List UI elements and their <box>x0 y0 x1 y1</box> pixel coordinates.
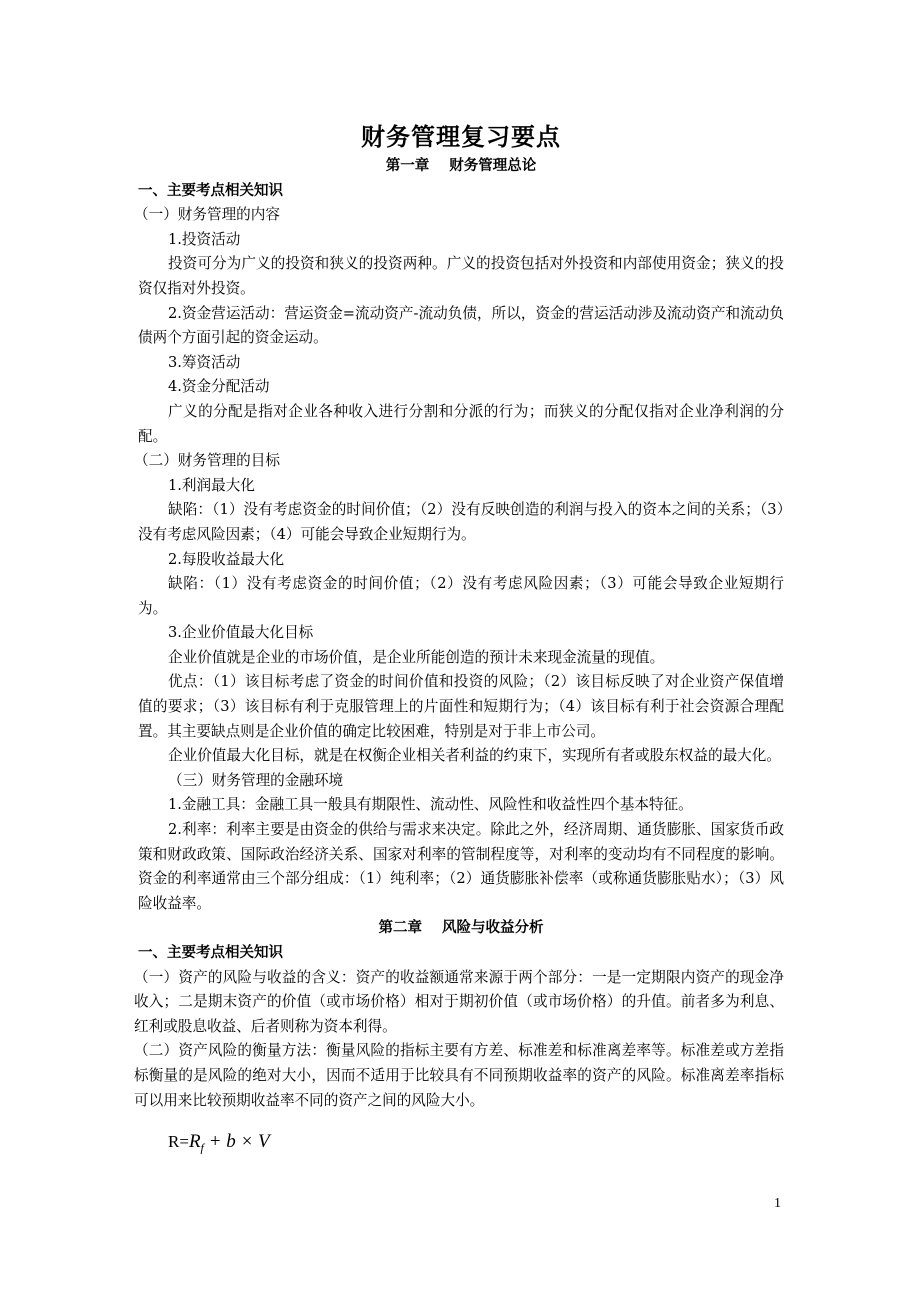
interest-rate-text: 2.利率：利率主要是由资金的供给与需求来决定。除此之外，经济周期、通货膨胀、国家… <box>138 818 784 916</box>
chapter-1-section-heading: 一、主要考点相关知识 <box>138 179 784 204</box>
document-page: 财务管理复习要点 第一章财务管理总论 一、主要考点相关知识 （一）财务管理的内容… <box>0 0 920 1302</box>
risk-return-meaning-text: （一）资产的风险与收益的含义：资产的收益额通常来源于两个部分：一是一定期限内资产… <box>134 966 784 1040</box>
formula-rest: + b × V <box>204 1131 270 1152</box>
chapter-1-title: 财务管理总论 <box>449 158 536 174</box>
chapter-2-heading: 第二章风险与收益分析 <box>138 916 784 941</box>
chapter-2-section-heading: 一、主要考点相关知识 <box>138 941 784 966</box>
page-content: 财务管理复习要点 第一章财务管理总论 一、主要考点相关知识 （一）财务管理的内容… <box>138 120 784 1163</box>
financing-activity-title: 3.筹资活动 <box>138 351 784 376</box>
part-2-heading: （二）财务管理的目标 <box>134 449 784 474</box>
value-max-definition: 企业价值就是企业的市场价值，是企业所能创造的预计未来现金流量的现值。 <box>138 646 784 671</box>
profit-max-text: 缺陷：（1）没有考虑资金的时间价值；（2）没有反映创造的利润与投入的资本之间的关… <box>138 498 784 547</box>
working-capital-text: 2.资金营运活动：营运资金=流动资产-流动负债，所以，资金的营运活动涉及流动资产… <box>138 302 784 351</box>
chapter-1-label: 第一章 <box>386 158 430 174</box>
eps-max-title: 2.每股收益最大化 <box>138 548 784 573</box>
part-3-heading: （三）财务管理的金融环境 <box>138 769 784 794</box>
value-max-title: 3.企业价值最大化目标 <box>138 621 784 646</box>
chapter-2-label: 第二章 <box>379 920 423 936</box>
investment-activity-text: 投资可分为广义的投资和狭义的投资两种。广义的投资包括对外投资和内部使用资金；狭义… <box>138 252 784 301</box>
value-max-summary: 企业价值最大化目标，就是在权衡企业相关者利益的约束下，实现所有者或股东权益的最大… <box>138 744 784 769</box>
risk-measurement-text: （二）资产风险的衡量方法：衡量风险的指标主要有方差、标准差和标准离差率等。标准差… <box>134 1039 784 1113</box>
distribution-activity-title: 4.资金分配活动 <box>138 375 784 400</box>
chapter-1-heading: 第一章财务管理总论 <box>138 154 784 179</box>
part-1-heading: （一）财务管理的内容 <box>134 203 784 228</box>
formula-lhs: R= <box>168 1132 189 1151</box>
formula-rf: R <box>189 1131 201 1152</box>
chapter-2-title: 风险与收益分析 <box>442 920 544 936</box>
eps-max-text: 缺陷：（1）没有考虑资金的时间价值；（2）没有考虑风险因素；（3）可能会导致企业… <box>138 572 784 621</box>
distribution-activity-text: 广义的分配是指对企业各种收入进行分割和分派的行为；而狭义的分配仅指对企业净利润的… <box>138 400 784 449</box>
financial-instruments-text: 1.金融工具：金融工具一般具有期限性、流动性、风险性和收益性四个基本特征。 <box>138 793 784 818</box>
value-max-advantages: 优点：（1）该目标考虑了资金的时间价值和投资的风险；（2）该目标反映了对企业资产… <box>138 670 784 744</box>
page-number: 1 <box>774 1196 781 1212</box>
investment-activity-title: 1.投资活动 <box>138 228 784 253</box>
profit-max-title: 1.利润最大化 <box>138 474 784 499</box>
document-title: 财务管理复习要点 <box>138 120 784 154</box>
risk-return-formula: R=Rf + b × V <box>168 1127 784 1162</box>
